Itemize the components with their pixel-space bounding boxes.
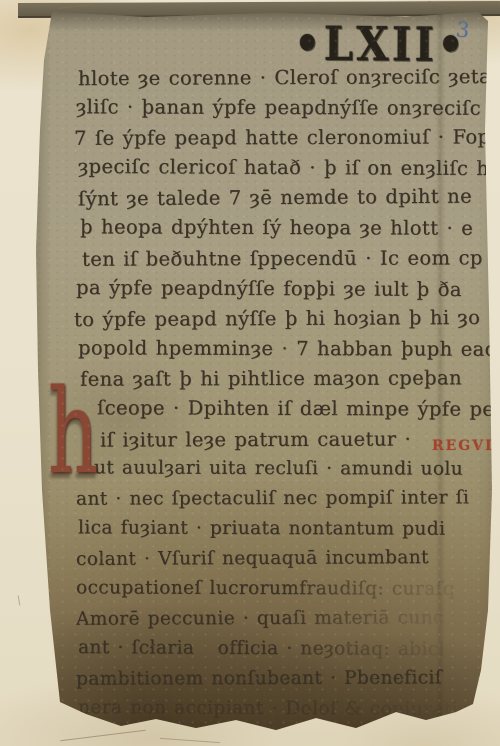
manuscript-line: Amorē peccunie · quaſi materiā cunc (76, 607, 444, 629)
manuscript-line: ant · nec ſpectaculiſ nec pompiſ inter ſ… (76, 487, 469, 509)
manuscript-line: þ heopa dpýhten ſý heopa ȝe hlott · e (80, 215, 473, 239)
manuscript-line: nera non accipiant · Doloſ & coniuratio (78, 697, 469, 720)
manuscript-line: occupationeſ lucrorumfraudiſq: curaſq (76, 577, 455, 599)
manuscript-line: ȝpeciſc clericoſ hatað · þ iſ on enȝliſc… (78, 155, 496, 180)
manuscript-line: colant · Vſuriſ nequaquā incumbant (76, 547, 429, 570)
manuscript-line: pambitionem nonſubeant · Pbeneficiſ (76, 667, 442, 689)
manuscript-line: to ýpfe peapd nýſſe þ hi hoȝian þ hi ȝo (74, 306, 480, 331)
manuscript-photo: •LXII• 3 hlote ȝe corenne · Cleroſ onȝre… (0, 0, 500, 746)
manuscript-line: ten iſ beðuhtne ſppecendū · Ic eom cp (82, 246, 483, 270)
manuscript-line: 7 ſe ýpfe peapd hatte cleronomiuſ · Fopþ… (74, 125, 496, 150)
manuscript-line: ut auulȝari uita recluſi · amundi uolu (94, 457, 463, 479)
rubric-marginal: REGVL (432, 438, 496, 454)
manuscript-line: ant · ſcłaria officia · neȝotiaq: abici (78, 637, 445, 660)
manuscript-line: ſceope · Dpihten iſ dæl minpe ýpfe peapd (97, 396, 496, 421)
initial-letter: h (48, 374, 98, 490)
fiber-mark (18, 595, 21, 605)
manuscript-line: ſýnt ȝe talede 7 ȝē nemde to dpiht ne (78, 185, 472, 211)
manuscript-line: pa ýpfe peapdnýſſe fopþi ȝe iult þ ða (76, 276, 462, 301)
fiber-mark (160, 738, 220, 743)
manuscript-line: iſ iȝitur leȝe patrum cauetur · (100, 427, 411, 451)
manuscript-page: •LXII• 3 hlote ȝe corenne · Cleroſ onȝre… (26, 10, 496, 738)
manuscript-line: lica fuȝiant · priuata nontantum pudi (78, 517, 445, 539)
manuscript-line: fena ȝaſt þ hi pihtlice maȝon cpeþan (80, 366, 462, 390)
fiber-mark (60, 730, 145, 741)
manuscript-line: ȝliſc · þanan ýpfe peapdnýſſe onȝreciſc … (76, 95, 496, 120)
manuscript-line: hlote ȝe corenne · Cleroſ onȝreciſc ȝeta… (78, 65, 496, 90)
manuscript-line: popold hpemminȝe · 7 habban þuph ead (78, 336, 496, 360)
